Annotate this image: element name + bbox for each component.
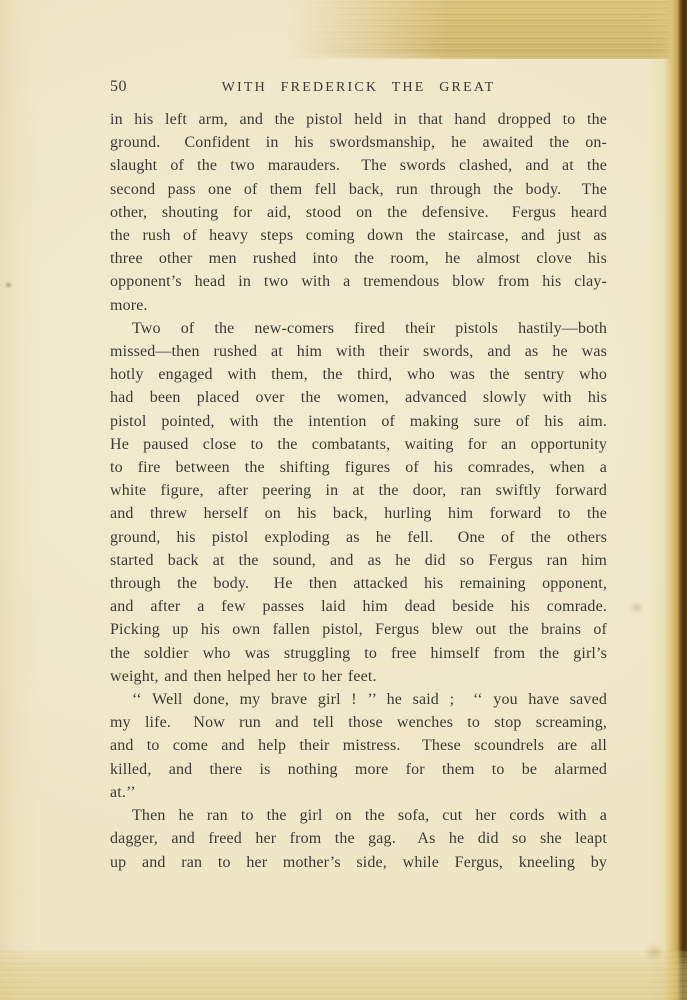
text-line: started back at the sound, and as he did… <box>110 549 607 572</box>
ink-speck <box>648 947 660 957</box>
text-line: Picking up his own fallen pistol, Fergus… <box>110 618 607 641</box>
text-line: killed, and there is nothing more for th… <box>110 758 607 781</box>
ink-speck <box>632 604 641 611</box>
page-edge-band-right <box>647 0 687 1000</box>
text-line: more. <box>110 294 607 317</box>
text-line: slaught of the two marauders. The swords… <box>110 154 607 177</box>
text-line: Two of the new-comers fired their pistol… <box>110 317 607 340</box>
text-line: in his left arm, and the pistol held in … <box>110 108 607 131</box>
text-line: had been placed over the women, advanced… <box>110 386 607 409</box>
text-line: white figure, after peering in at the do… <box>110 479 607 502</box>
book-page-scan: 50 WITH FREDERICK THE GREAT in his left … <box>0 0 687 1000</box>
text-line: missed—then rushed at him with their swo… <box>110 340 607 363</box>
text-line: other, shouting for aid, stood on the de… <box>110 201 607 224</box>
text-column: 50 WITH FREDERICK THE GREAT in his left … <box>110 78 607 108</box>
text-line: opponent’s head in two with a tremendous… <box>110 270 607 293</box>
text-line: my life. Now run and tell those wenches … <box>110 711 607 734</box>
text-line: Then he ran to the girl on the sofa, cut… <box>110 804 607 827</box>
text-line: and threw herself on his back, hurling h… <box>110 502 607 525</box>
text-line: He paused close to the combatants, waiti… <box>110 433 607 456</box>
running-header: WITH FREDERICK THE GREAT <box>110 80 607 96</box>
body-text: in his left arm, and the pistol held in … <box>110 108 607 874</box>
page-edge-band-bottom <box>0 950 687 1000</box>
text-line: second pass one of them fell back, run t… <box>110 178 607 201</box>
text-line: the soldier who was struggling to free h… <box>110 642 607 665</box>
text-line: hotly engaged with them, the third, who … <box>110 363 607 386</box>
page-edge-band-top <box>287 0 687 59</box>
text-line: and to come and help their mistress. The… <box>110 734 607 757</box>
text-line: at.’’ <box>110 781 607 804</box>
text-line: through the body. He then attacked his r… <box>110 572 607 595</box>
text-line: ‘‘ Well done, my brave girl ! ’’ he said… <box>110 688 607 711</box>
text-line: pistol pointed, with the intention of ma… <box>110 410 607 433</box>
text-line: ground. Confident in his swordsmanship, … <box>110 131 607 154</box>
text-line: dagger, and freed her from the gag. As h… <box>110 827 607 850</box>
text-line: and after a few passes laid him dead bes… <box>110 595 607 618</box>
text-line: up and ran to her mother’s side, while F… <box>110 851 607 874</box>
ink-speck <box>6 283 11 287</box>
text-line: the rush of heavy steps coming down the … <box>110 224 607 247</box>
text-line: three other men rushed into the room, he… <box>110 247 607 270</box>
text-line: weight, and then helped her to her feet. <box>110 665 607 688</box>
page-header: 50 WITH FREDERICK THE GREAT <box>110 78 607 108</box>
text-line: to fire between the shifting figures of … <box>110 456 607 479</box>
text-line: ground, his pistol exploding as he fell.… <box>110 526 607 549</box>
